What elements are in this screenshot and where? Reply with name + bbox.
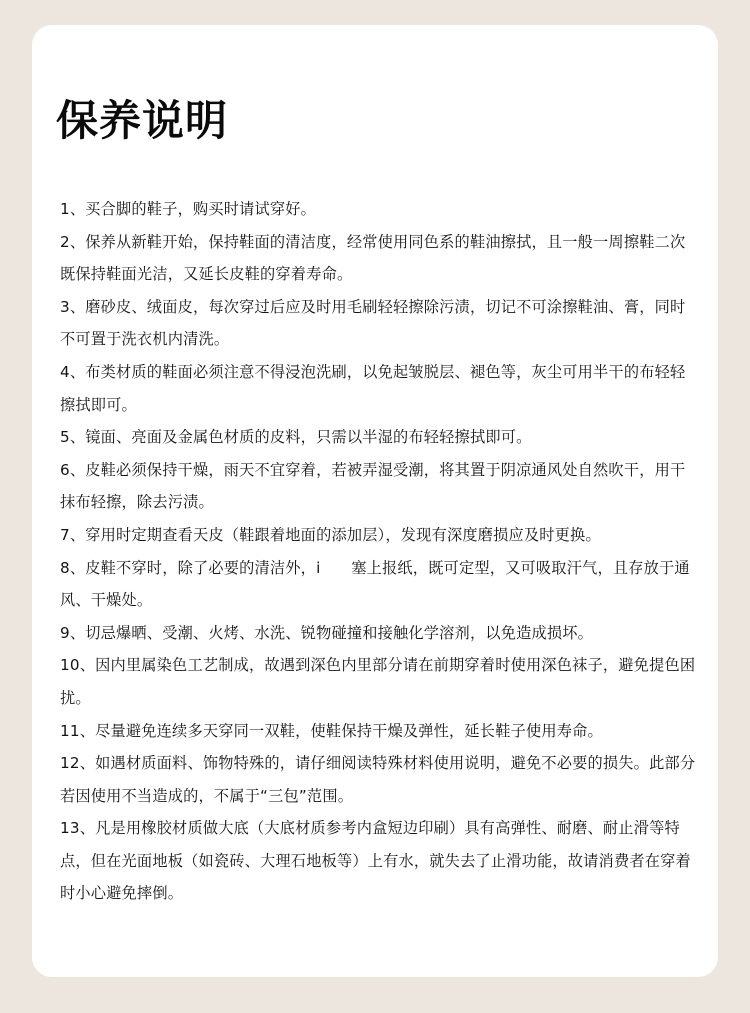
list-item: 3、磨砂皮、绒面皮，每次穿过后应及时用毛刷轻轻擦除污渍，切记不可涂擦鞋油、膏，同… [60, 291, 700, 356]
care-instructions-list: 1、买合脚的鞋子，购买时请试穿好。 2、保养从新鞋开始，保持鞋面的清洁度，经常使… [60, 193, 700, 910]
list-item: 10、因内里属染色工艺制成，故遇到深色内里部分请在前期穿着时使用深色袜子，避免提… [60, 649, 700, 714]
page-title: 保养说明 [56, 93, 228, 149]
list-item: 7、穿用时定期查看天皮（鞋跟着地面的添加层），发现有深度磨损应及时更换。 [60, 519, 700, 552]
list-item: 4、布类材质的鞋面必须注意不得浸泡洗刷，以免起皱脱层、褪色等，灰尘可用半干的布轻… [60, 356, 700, 421]
list-item: 5、镜面、亮面及金属色材质的皮料，只需以半湿的布轻轻擦拭即可。 [60, 421, 700, 454]
list-item: 1、买合脚的鞋子，购买时请试穿好。 [60, 193, 700, 226]
list-item: 12、如遇材质面料、饰物特殊的，请仔细阅读特殊材料使用说明，避免不必要的损失。此… [60, 747, 700, 812]
list-item: 6、皮鞋必须保持干燥，雨天不宜穿着，若被弄湿受潮，将其置于阴凉通风处自然吹干，用… [60, 454, 700, 519]
list-item: 2、保养从新鞋开始，保持鞋面的清洁度，经常使用同色系的鞋油擦拭，且一般一周擦鞋二… [60, 226, 700, 291]
care-instructions-card: 保养说明 1、买合脚的鞋子，购买时请试穿好。 2、保养从新鞋开始，保持鞋面的清洁… [32, 25, 718, 977]
list-item: 8、皮鞋不穿时，除了必要的清洁外，i 塞上报纸，既可定型，又可吸取汗气，且存放于… [60, 552, 700, 617]
list-item: 13、凡是用橡胶材质做大底（大底材质参考内盒短边印刷）具有高弹性、耐磨、耐止滑等… [60, 812, 700, 910]
list-item: 11、尽量避免连续多天穿同一双鞋，使鞋保持干燥及弹性，延长鞋子使用寿命。 [60, 715, 700, 748]
list-item: 9、切忌爆晒、受潮、火烤、水洗、锐物碰撞和接触化学溶剂，以免造成损坏。 [60, 617, 700, 650]
